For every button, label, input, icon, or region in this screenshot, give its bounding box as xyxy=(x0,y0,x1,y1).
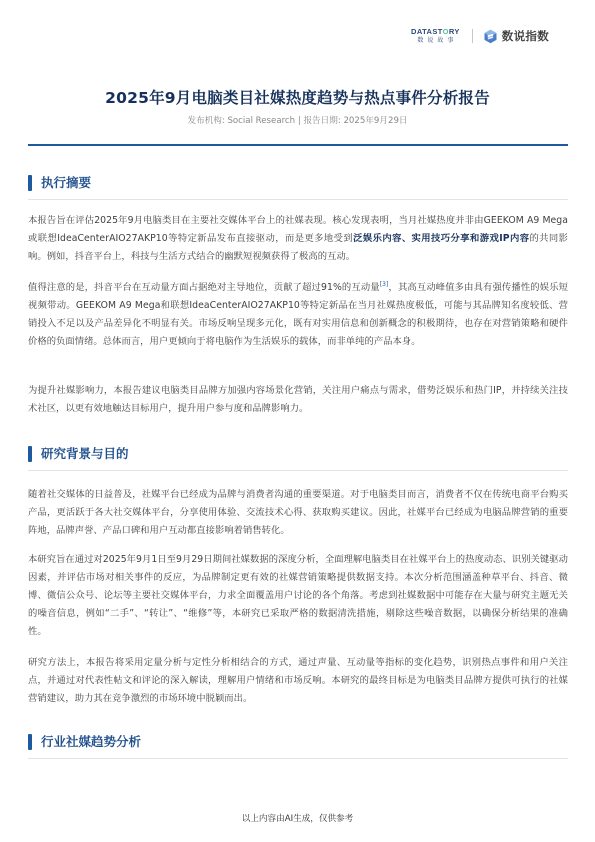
report-meta: 发布机构: Social Research | 报告日期: 2025年9月29日 xyxy=(0,114,595,126)
datastory-logo-cn: 数说故事 xyxy=(413,37,457,45)
section-marker xyxy=(28,734,32,750)
section-marker xyxy=(28,175,32,191)
background-paragraph-2: 本研究旨在通过对2025年9月1日至9月29日期间社媒数据的深度分析，全面理解电… xyxy=(28,551,568,641)
report-title: 2025年9月电脑类目社媒热度趋势与热点事件分析报告 xyxy=(0,86,595,108)
datastory-logo-en: DATASTORY xyxy=(411,28,460,36)
header-logos: DATASTORY 数说故事 数说指数 xyxy=(411,24,549,48)
ai-disclaimer: 以上内容由AI生成，仅供参考 xyxy=(0,812,595,824)
logo-divider xyxy=(472,29,473,43)
summary-paragraph-2: 值得注意的是，抖音平台在互动量方面占据绝对主导地位，贡献了超过91%的互动量[3… xyxy=(28,279,568,351)
section-marker xyxy=(28,446,32,462)
title-divider xyxy=(28,144,568,146)
section-heading-executive-summary: 执行摘要 xyxy=(28,174,568,200)
sszs-logo: 数说指数 xyxy=(483,28,549,44)
highlight-text: 泛娱乐内容、实用技巧分享和游戏IP内容 xyxy=(353,233,529,244)
sszs-cube-icon xyxy=(483,29,498,44)
datastory-logo: DATASTORY 数说故事 xyxy=(411,28,460,45)
sszs-logo-text: 数说指数 xyxy=(502,28,549,44)
section-title: 行业社媒趋势分析 xyxy=(41,733,141,751)
background-paragraph-1: 随着社交媒体的日益普及，社媒平台已经成为品牌与消费者沟通的重要渠道。对于电脑类目… xyxy=(28,486,568,540)
section-heading-background: 研究背景与目的 xyxy=(28,445,568,471)
section-title: 研究背景与目的 xyxy=(41,445,129,463)
background-paragraph-3: 研究方法上，本报告将采用定量分析与定性分析相结合的方式，通过声量、互动量等指标的… xyxy=(28,654,568,708)
summary-paragraph-3: 为提升社媒影响力，本报告建议电脑类目品牌方加强内容场景化营销，关注用户痛点与需求… xyxy=(28,382,568,418)
section-title: 执行摘要 xyxy=(41,174,91,192)
summary-paragraph-1: 本报告旨在评估2025年9月电脑类目在主要社交媒体平台上的社媒表现。核心发现表明… xyxy=(28,212,568,266)
section-heading-industry-trends: 行业社媒趋势分析 xyxy=(28,733,568,759)
